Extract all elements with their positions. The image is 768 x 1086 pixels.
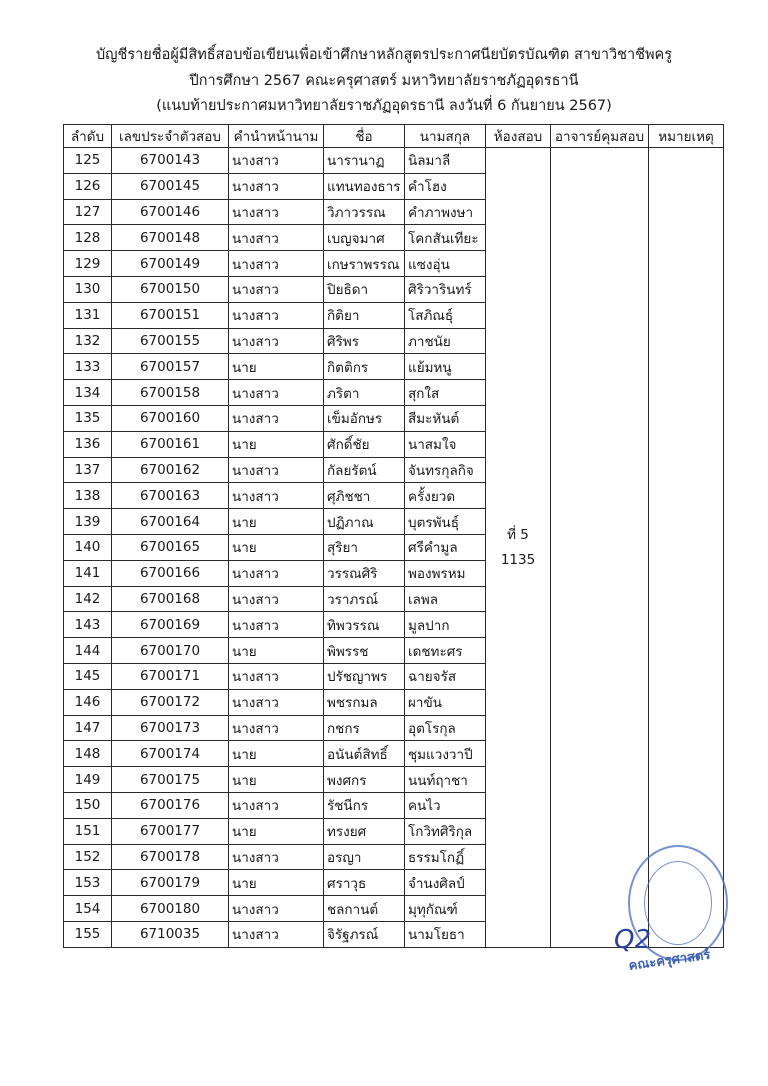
row-number: 155 xyxy=(64,921,112,947)
exam-id: 6700170 xyxy=(112,638,229,664)
last-name: นามโยธา xyxy=(405,921,486,947)
first-name: นารานาฏ xyxy=(324,148,405,174)
proctor-cell xyxy=(551,148,649,948)
last-name: เดชทะศร xyxy=(405,638,486,664)
row-number: 136 xyxy=(64,431,112,457)
name-prefix: นางสาว xyxy=(229,483,324,509)
name-prefix: นางสาว xyxy=(229,276,324,302)
name-prefix: นางสาว xyxy=(229,173,324,199)
row-number: 145 xyxy=(64,663,112,689)
last-name: ฉายจรัส xyxy=(405,663,486,689)
exam-id: 6700158 xyxy=(112,380,229,406)
first-name: กิติยา xyxy=(324,302,405,328)
exam-id: 6700166 xyxy=(112,560,229,586)
row-number: 140 xyxy=(64,534,112,560)
name-prefix: นาย xyxy=(229,509,324,535)
first-name: ภริตา xyxy=(324,380,405,406)
last-name: มูลปาก xyxy=(405,612,486,638)
last-name: มุทุกัณฑ์ xyxy=(405,896,486,922)
name-prefix: นางสาว xyxy=(229,457,324,483)
exam-id: 6700161 xyxy=(112,431,229,457)
column-header: นามสกุล xyxy=(405,125,486,148)
exam-id: 6700145 xyxy=(112,173,229,199)
name-prefix: นางสาว xyxy=(229,380,324,406)
name-prefix: นางสาว xyxy=(229,689,324,715)
first-name: พงศกร xyxy=(324,767,405,793)
last-name: โคกสันเทียะ xyxy=(405,225,486,251)
first-name: พชรกมล xyxy=(324,689,405,715)
name-prefix: นาย xyxy=(229,431,324,457)
last-name: จำนงศิลป์ xyxy=(405,870,486,896)
last-name: คนไว xyxy=(405,792,486,818)
table-header-row: ลำดับเลขประจำตัวสอบคำนำหน้านามชื่อนามสกุ… xyxy=(64,125,724,148)
first-name: กัลยรัตน์ xyxy=(324,457,405,483)
first-name: เข็มอักษร xyxy=(324,405,405,431)
exam-id: 6700175 xyxy=(112,767,229,793)
exam-id: 6700151 xyxy=(112,302,229,328)
row-number: 142 xyxy=(64,586,112,612)
last-name: ชุมแวงวาปี xyxy=(405,741,486,767)
name-prefix: นางสาว xyxy=(229,896,324,922)
exam-id: 6710035 xyxy=(112,921,229,947)
last-name: คำโฮง xyxy=(405,173,486,199)
first-name: ปรัชญาพร xyxy=(324,663,405,689)
name-prefix: นางสาว xyxy=(229,792,324,818)
exam-id: 6700180 xyxy=(112,896,229,922)
column-header: ชื่อ xyxy=(324,125,405,148)
table-body: 1256700143นางสาวนารานาฏนิลมาลีที่ 511351… xyxy=(64,148,724,948)
last-name: อุตโรกุล xyxy=(405,715,486,741)
name-prefix: นาย xyxy=(229,767,324,793)
table-row: 1256700143นางสาวนารานาฏนิลมาลีที่ 51135 xyxy=(64,148,724,174)
exam-id: 6700165 xyxy=(112,534,229,560)
last-name: สุกใส xyxy=(405,380,486,406)
exam-room-label: ที่ 5 xyxy=(489,523,547,548)
row-number: 141 xyxy=(64,560,112,586)
name-prefix: นางสาว xyxy=(229,844,324,870)
first-name: กิตติกร xyxy=(324,354,405,380)
exam-id: 6700146 xyxy=(112,199,229,225)
first-name: เบญจมาศ xyxy=(324,225,405,251)
name-prefix: นางสาว xyxy=(229,225,324,251)
exam-id: 6700148 xyxy=(112,225,229,251)
last-name: ศิริวารินทร์ xyxy=(405,276,486,302)
name-prefix: นาย xyxy=(229,534,324,560)
document-subtitle: ปีการศึกษา 2567 คณะครุศาสตร์ มหาวิทยาลัย… xyxy=(0,69,768,92)
first-name: อนันต์สิทธิ์ xyxy=(324,741,405,767)
column-header: ลำดับ xyxy=(64,125,112,148)
column-header: เลขประจำตัวสอบ xyxy=(112,125,229,148)
first-name: พิพรรช xyxy=(324,638,405,664)
candidate-table: ลำดับเลขประจำตัวสอบคำนำหน้านามชื่อนามสกุ… xyxy=(63,124,724,948)
name-prefix: นางสาว xyxy=(229,148,324,174)
last-name: โกวิทศิริกุล xyxy=(405,818,486,844)
name-prefix: นาย xyxy=(229,354,324,380)
row-number: 149 xyxy=(64,767,112,793)
exam-id: 6700168 xyxy=(112,586,229,612)
exam-id: 6700176 xyxy=(112,792,229,818)
name-prefix: นางสาว xyxy=(229,612,324,638)
last-name: พองพรหม xyxy=(405,560,486,586)
row-number: 146 xyxy=(64,689,112,715)
name-prefix: นางสาว xyxy=(229,251,324,277)
name-prefix: นางสาว xyxy=(229,560,324,586)
first-name: กชกร xyxy=(324,715,405,741)
first-name: ศุภิชชา xyxy=(324,483,405,509)
name-prefix: นางสาว xyxy=(229,405,324,431)
row-number: 154 xyxy=(64,896,112,922)
last-name: โสภิณธุ์ xyxy=(405,302,486,328)
row-number: 150 xyxy=(64,792,112,818)
first-name: วรรณศิริ xyxy=(324,560,405,586)
exam-id: 6700179 xyxy=(112,870,229,896)
row-number: 147 xyxy=(64,715,112,741)
name-prefix: นางสาว xyxy=(229,715,324,741)
name-prefix: นาย xyxy=(229,638,324,664)
row-number: 134 xyxy=(64,380,112,406)
column-header: คำนำหน้านาม xyxy=(229,125,324,148)
first-name: สุริยา xyxy=(324,534,405,560)
exam-id: 6700163 xyxy=(112,483,229,509)
exam-id: 6700178 xyxy=(112,844,229,870)
row-number: 151 xyxy=(64,818,112,844)
exam-id: 6700150 xyxy=(112,276,229,302)
last-name: ผาขัน xyxy=(405,689,486,715)
exam-id: 6700149 xyxy=(112,251,229,277)
row-number: 125 xyxy=(64,148,112,174)
row-number: 135 xyxy=(64,405,112,431)
first-name: วิภาวรรณ xyxy=(324,199,405,225)
exam-room: ที่ 51135 xyxy=(486,148,551,948)
name-prefix: นาย xyxy=(229,741,324,767)
last-name: จันทรกุลกิจ xyxy=(405,457,486,483)
last-name: ธรรมโกฏิ์ xyxy=(405,844,486,870)
name-prefix: นาย xyxy=(229,818,324,844)
exam-id: 6700162 xyxy=(112,457,229,483)
first-name: ศิริพร xyxy=(324,328,405,354)
exam-id: 6700157 xyxy=(112,354,229,380)
last-name: คำภาพงษา xyxy=(405,199,486,225)
last-name: ครั้งยวด xyxy=(405,483,486,509)
column-header: หมายเหตุ xyxy=(649,125,724,148)
last-name: ภาชนัย xyxy=(405,328,486,354)
exam-id: 6700164 xyxy=(112,509,229,535)
column-header: อาจารย์คุมสอบ xyxy=(551,125,649,148)
first-name: ศราวุธ xyxy=(324,870,405,896)
row-number: 152 xyxy=(64,844,112,870)
row-number: 143 xyxy=(64,612,112,638)
last-name: นิลมาลี xyxy=(405,148,486,174)
row-number: 144 xyxy=(64,638,112,664)
exam-room-number: 1135 xyxy=(489,548,547,573)
last-name: แย้มหนู xyxy=(405,354,486,380)
last-name: นาสมใจ xyxy=(405,431,486,457)
row-number: 148 xyxy=(64,741,112,767)
row-number: 128 xyxy=(64,225,112,251)
exam-id: 6700171 xyxy=(112,663,229,689)
first-name: ทรงยศ xyxy=(324,818,405,844)
name-prefix: นางสาว xyxy=(229,199,324,225)
exam-id: 6700173 xyxy=(112,715,229,741)
first-name: จิรัฐภรณ์ xyxy=(324,921,405,947)
row-number: 153 xyxy=(64,870,112,896)
exam-id: 6700172 xyxy=(112,689,229,715)
exam-id: 6700174 xyxy=(112,741,229,767)
first-name: ปิยธิดา xyxy=(324,276,405,302)
exam-id: 6700155 xyxy=(112,328,229,354)
row-number: 131 xyxy=(64,302,112,328)
document-title: บัญชีรายชื่อผู้มีสิทธิ์สอบข้อเขียนเพื่อเ… xyxy=(0,43,768,66)
row-number: 126 xyxy=(64,173,112,199)
first-name: วราภรณ์ xyxy=(324,586,405,612)
exam-id: 6700169 xyxy=(112,612,229,638)
row-number: 139 xyxy=(64,509,112,535)
exam-id: 6700143 xyxy=(112,148,229,174)
name-prefix: นางสาว xyxy=(229,586,324,612)
name-prefix: นาย xyxy=(229,870,324,896)
column-header: ห้องสอบ xyxy=(486,125,551,148)
first-name: ปฏิภาณ xyxy=(324,509,405,535)
last-name: ศรีคำมูล xyxy=(405,534,486,560)
first-name: ชลกานต์ xyxy=(324,896,405,922)
name-prefix: นางสาว xyxy=(229,302,324,328)
name-prefix: นางสาว xyxy=(229,921,324,947)
exam-id: 6700177 xyxy=(112,818,229,844)
first-name: ทิพวรรณ xyxy=(324,612,405,638)
row-number: 132 xyxy=(64,328,112,354)
first-name: อรญา xyxy=(324,844,405,870)
last-name: นนท์ฤาชา xyxy=(405,767,486,793)
last-name: สีมะหันต์ xyxy=(405,405,486,431)
first-name: แทนทองธาร xyxy=(324,173,405,199)
signature: Q2 xyxy=(614,925,651,955)
last-name: บุตรพันธุ์ xyxy=(405,509,486,535)
name-prefix: นางสาว xyxy=(229,328,324,354)
row-number: 127 xyxy=(64,199,112,225)
document-reference: (แนบท้ายประกาศมหาวิทยาลัยราชภัฏอุดรธานี … xyxy=(0,94,768,117)
exam-id: 6700160 xyxy=(112,405,229,431)
row-number: 129 xyxy=(64,251,112,277)
row-number: 133 xyxy=(64,354,112,380)
last-name: แซงอุ่น xyxy=(405,251,486,277)
first-name: ศักดิ์ชัย xyxy=(324,431,405,457)
first-name: เกษราพรรณ xyxy=(324,251,405,277)
name-prefix: นางสาว xyxy=(229,663,324,689)
row-number: 137 xyxy=(64,457,112,483)
first-name: รัชนีกร xyxy=(324,792,405,818)
row-number: 130 xyxy=(64,276,112,302)
last-name: เลพล xyxy=(405,586,486,612)
row-number: 138 xyxy=(64,483,112,509)
remarks-cell xyxy=(649,148,724,948)
